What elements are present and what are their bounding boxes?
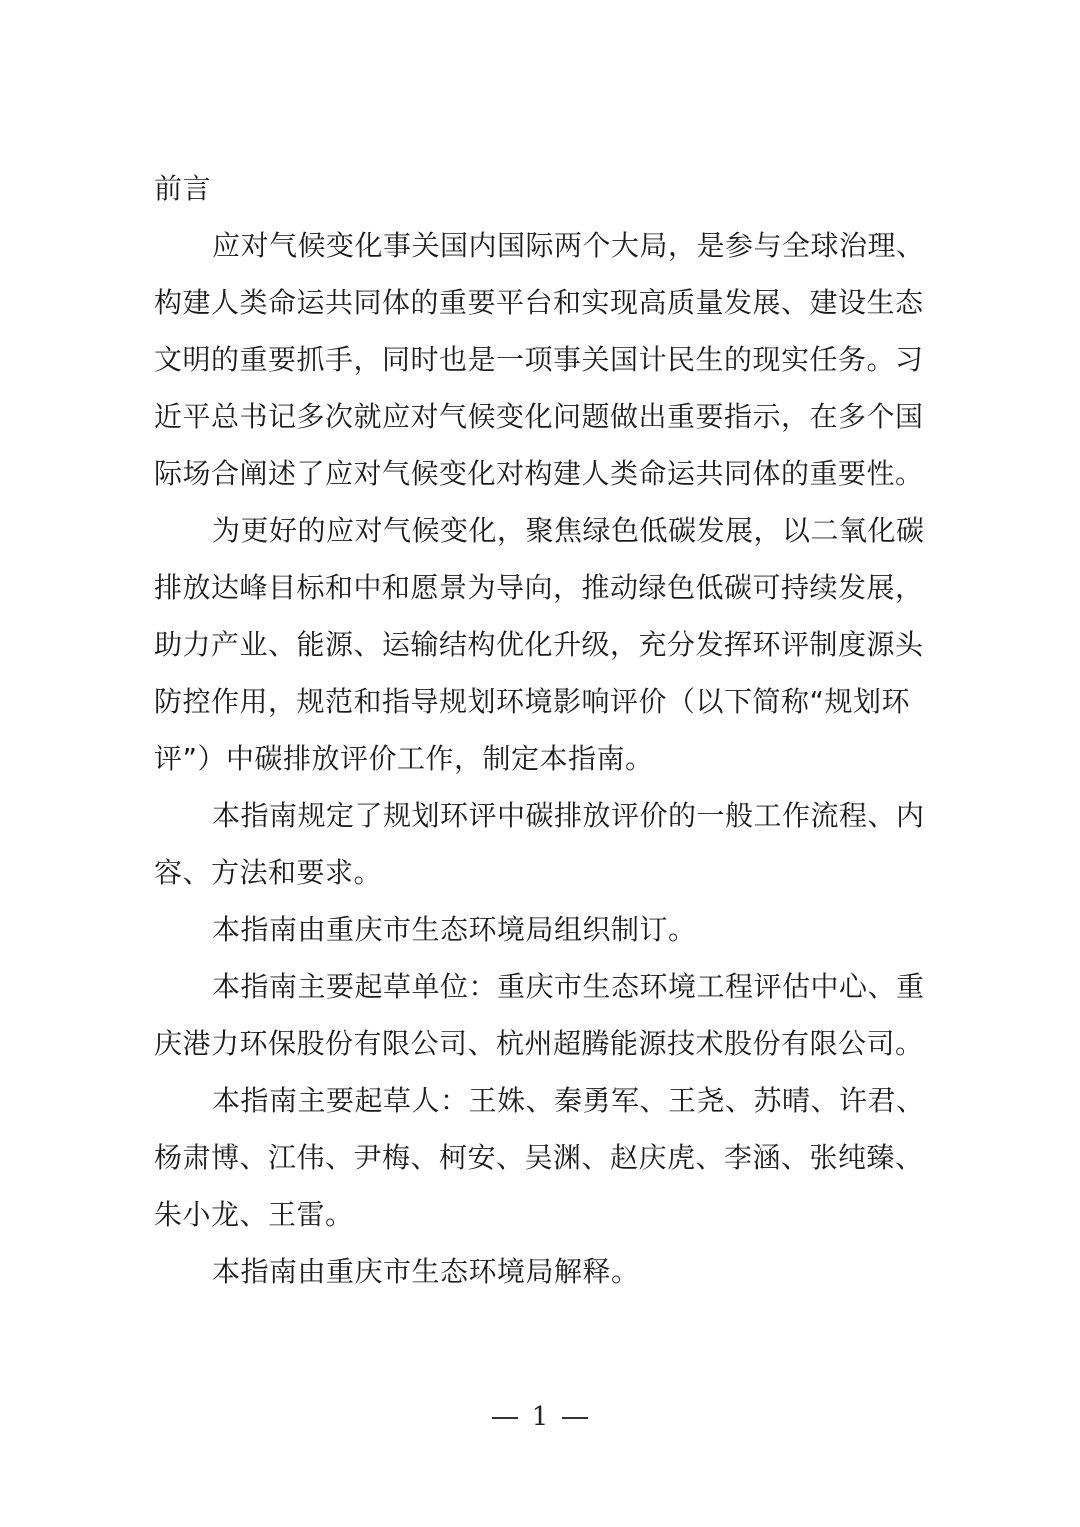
paragraph-line: 朱小龙、王雷。: [154, 1186, 934, 1243]
paragraph-line: 防控作用，规范和指导规划环境影响评价（以下简称“规划环: [154, 673, 934, 730]
paragraph-line: 庆港力环保股份有限公司、杭州超腾能源技术股份有限公司。: [154, 1015, 934, 1072]
paragraph-line: 际场合阐述了应对气候变化对构建人类命运共同体的重要性。: [154, 445, 934, 502]
paragraph-line: 本指南由重庆市生态环境局组织制订。: [154, 901, 934, 958]
paragraph-line: 文明的重要抓手，同时也是一项事关国计民生的现实任务。习: [154, 331, 934, 388]
paragraph-line: 评”）中碳排放评价工作，制定本指南。: [154, 730, 934, 787]
paragraph-line: 构建人类命运共同体的重要平台和实现高质量发展、建设生态: [154, 274, 934, 331]
paragraph-line: 本指南由重庆市生态环境局解释。: [154, 1243, 934, 1300]
paragraph-line: 应对气候变化事关国内国际两个大局，是参与全球治理、: [154, 217, 934, 274]
paragraph-line: 本指南主要起草人：王姝、秦勇军、王尧、苏晴、许君、: [154, 1072, 934, 1129]
paragraph-line: 助力产业、能源、运输结构优化升级，充分发挥环评制度源头: [154, 616, 934, 673]
page-number: 1: [532, 1402, 549, 1432]
dash-left: [492, 1417, 518, 1419]
paragraph-line: 近平总书记多次就应对气候变化问题做出重要指示，在多个国: [154, 388, 934, 445]
dash-right: [562, 1417, 588, 1419]
document-page: 前言 应对气候变化事关国内国际两个大局，是参与全球治理、 构建人类命运共同体的重…: [0, 0, 1080, 1527]
paragraph-line: 本指南主要起草单位：重庆市生态环境工程评估中心、重: [154, 958, 934, 1015]
paragraph-line: 杨肃博、江伟、尹梅、柯安、吴渊、赵庆虎、李涵、张纯臻、: [154, 1129, 934, 1186]
paragraph-line: 容、方法和要求。: [154, 844, 934, 901]
section-heading: 前言: [154, 160, 934, 217]
document-body: 前言 应对气候变化事关国内国际两个大局，是参与全球治理、 构建人类命运共同体的重…: [154, 160, 934, 1300]
paragraph-line: 为更好的应对气候变化，聚焦绿色低碳发展，以二氧化碳: [154, 502, 934, 559]
paragraph-line: 本指南规定了规划环评中碳排放评价的一般工作流程、内: [154, 787, 934, 844]
page-footer: 1: [0, 1402, 1080, 1432]
paragraph-line: 排放达峰目标和中和愿景为导向，推动绿色低碳可持续发展，: [154, 559, 934, 616]
